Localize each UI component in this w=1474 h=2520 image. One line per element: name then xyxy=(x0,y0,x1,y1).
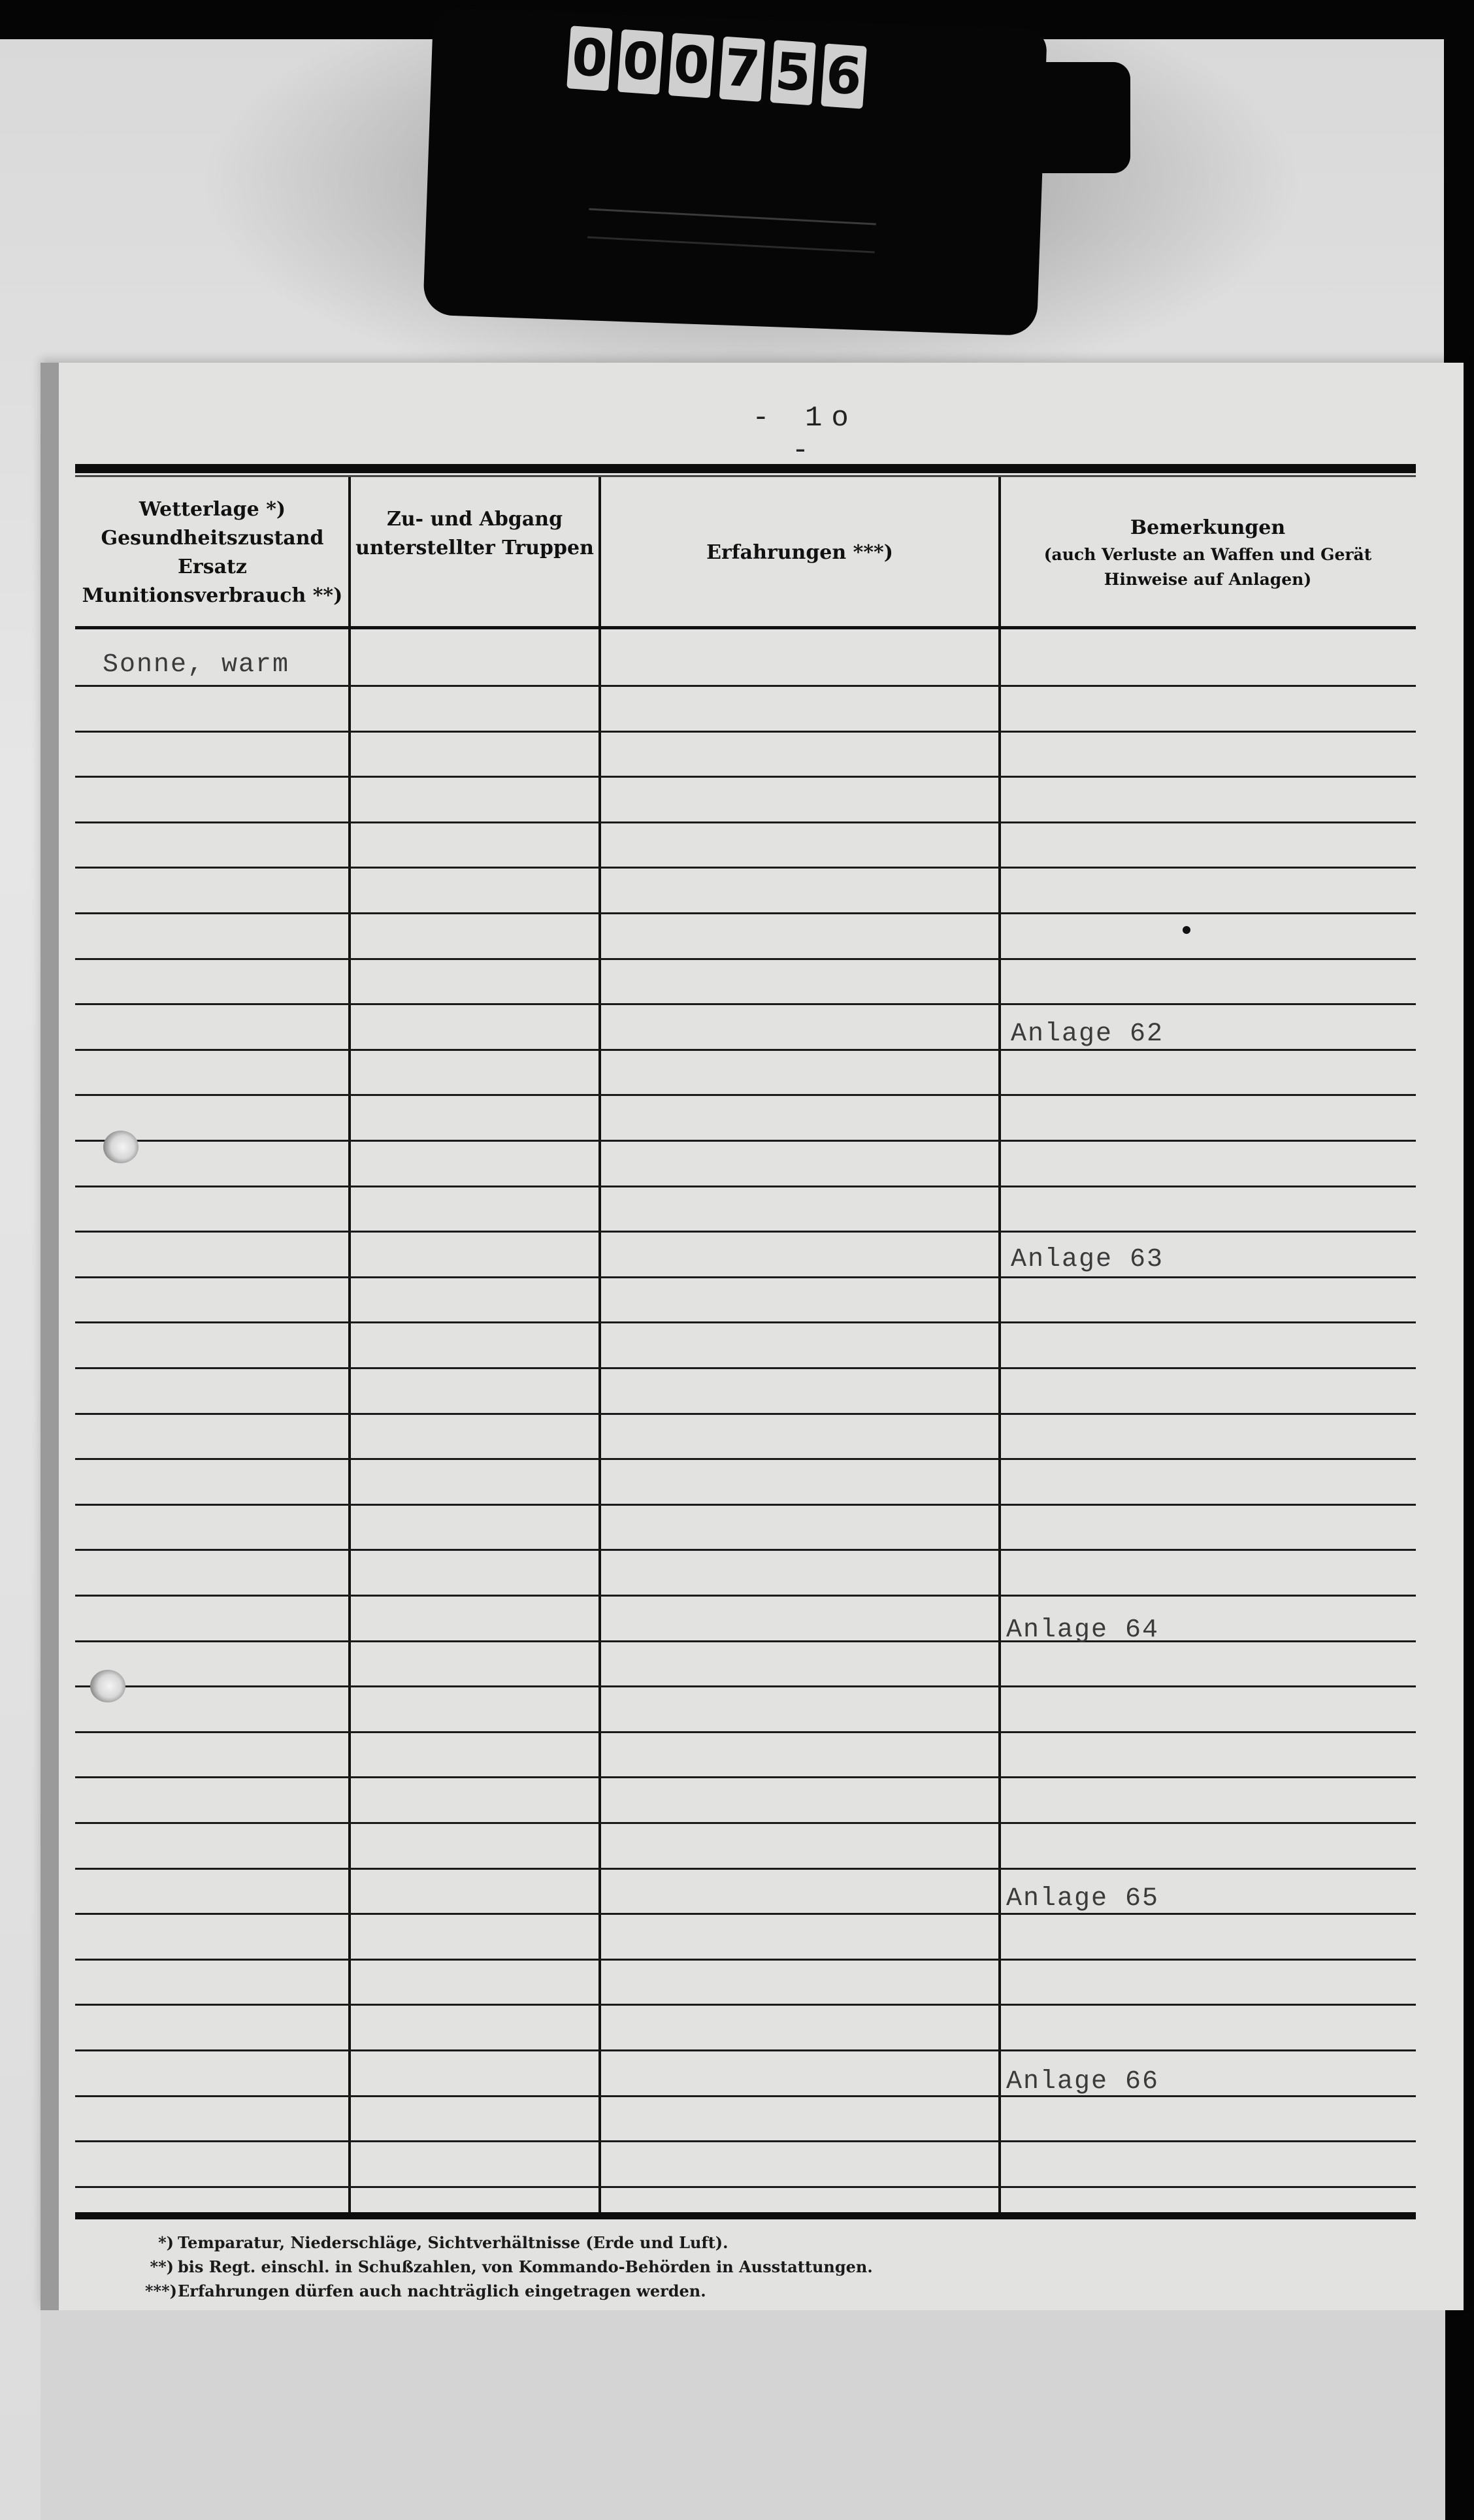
footnote: ***)Erfahrungen dürfen auch nachträglich… xyxy=(145,2279,873,2303)
header-subline: (auch Verluste an Waffen und Gerät xyxy=(1044,542,1372,567)
header-weather-health-replacement-ammo: Wetterlage *) Gesundheitszustand Ersatz … xyxy=(75,479,350,626)
remark-entry: Anlage 66 xyxy=(1006,2067,1159,2097)
row-line xyxy=(75,1913,1416,1915)
row-line xyxy=(75,1458,1416,1460)
row-line xyxy=(75,1049,1416,1051)
footnote-text: Temparatur, Niederschläge, Sichtverhältn… xyxy=(178,2233,729,2252)
header-subline: Hinweise auf Anlagen) xyxy=(1104,567,1311,592)
header-line: Wetterlage *) xyxy=(139,495,286,524)
footnote-text: bis Regt. einschl. in Schußzahlen, von K… xyxy=(178,2257,873,2276)
row-line xyxy=(75,1822,1416,1824)
page-edge-shadow xyxy=(41,363,59,2310)
row-line xyxy=(75,2140,1416,2142)
row-line xyxy=(75,1413,1416,1415)
counter-digit: 5 xyxy=(770,40,816,105)
row-line xyxy=(75,912,1416,914)
row-line xyxy=(75,2186,1416,2188)
row-line xyxy=(75,958,1416,960)
header-line: Zu- und Abgang xyxy=(387,505,563,534)
row-line xyxy=(75,1094,1416,1096)
counter-knob xyxy=(1019,62,1130,173)
bottom-rule xyxy=(75,2212,1416,2219)
punch-hole xyxy=(103,1131,139,1163)
footnote: *)Temparatur, Niederschläge, Sichtverhäl… xyxy=(145,2230,873,2255)
row-line xyxy=(75,1367,1416,1369)
row-line xyxy=(75,1231,1416,1233)
row-line xyxy=(75,821,1416,823)
top-rule xyxy=(75,464,1416,473)
row-line xyxy=(75,1595,1416,1597)
header-title: Bemerkungen xyxy=(1130,514,1285,542)
remark-entry: Anlage 64 xyxy=(1006,1616,1159,1645)
punch-hole xyxy=(90,1670,125,1702)
column-divider xyxy=(348,477,351,2215)
footnote-mark: **) xyxy=(145,2255,174,2279)
footnotes: *)Temparatur, Niederschläge, Sichtverhäl… xyxy=(145,2230,873,2303)
header-experiences: Erfahrungen ***) xyxy=(600,479,1000,626)
row-line xyxy=(75,2095,1416,2097)
row-line xyxy=(75,867,1416,869)
row-line xyxy=(75,685,1416,687)
header-line: Erfahrungen ***) xyxy=(706,539,893,567)
ink-speck xyxy=(1183,926,1190,934)
column-divider xyxy=(598,477,601,2215)
counter-digit: 0 xyxy=(617,29,664,95)
row-line xyxy=(75,1868,1416,1870)
remark-entry: Anlage 65 xyxy=(1006,1884,1159,1914)
row-line xyxy=(75,776,1416,778)
column-divider xyxy=(998,477,1001,2215)
row-line xyxy=(75,1276,1416,1278)
counter-digit: 6 xyxy=(821,43,867,108)
header-bottom-rule xyxy=(75,626,1416,629)
lower-sheet xyxy=(41,2310,1445,2520)
header-line: Ersatz xyxy=(178,553,247,582)
form-page: - 1o - Wetterlage *) Gesundheitszustand … xyxy=(41,363,1464,2310)
row-line xyxy=(75,1959,1416,1961)
remark-entry: Anlage 62 xyxy=(1011,1020,1164,1049)
page-number: - 1o - xyxy=(727,402,883,467)
row-line xyxy=(75,731,1416,733)
header-line: unterstellter Truppen xyxy=(355,534,594,563)
row-line xyxy=(75,2004,1416,2006)
footnote-mark: ***) xyxy=(145,2279,174,2303)
weather-entry: Sonne, warm xyxy=(103,650,289,680)
footnote: **)bis Regt. einschl. in Schußzahlen, vo… xyxy=(145,2255,873,2279)
row-line xyxy=(75,1685,1416,1687)
row-line xyxy=(75,1003,1416,1005)
row-line xyxy=(75,1321,1416,1323)
row-line xyxy=(75,1731,1416,1733)
row-line xyxy=(75,1504,1416,1506)
remark-entry: Anlage 63 xyxy=(1011,1245,1164,1274)
header-line: Gesundheitszustand xyxy=(101,524,323,553)
header-line: Munitionsverbrauch **) xyxy=(82,582,343,610)
counter-digit: 0 xyxy=(668,33,715,98)
top-rule-thin xyxy=(75,475,1416,477)
row-line xyxy=(75,1549,1416,1551)
row-line xyxy=(75,1185,1416,1187)
header-remarks: Bemerkungen (auch Verluste an Waffen und… xyxy=(1000,479,1416,626)
counter-digit: 7 xyxy=(719,37,766,102)
row-line xyxy=(75,1776,1416,1778)
counter-digit: 0 xyxy=(566,25,613,91)
row-line xyxy=(75,1140,1416,1142)
row-line xyxy=(75,1640,1416,1642)
footnote-text: Erfahrungen dürfen auch nachträglich ein… xyxy=(178,2281,706,2300)
row-line xyxy=(75,2049,1416,2051)
footnote-mark: *) xyxy=(145,2230,174,2255)
header-troop-changes: Zu- und Abgang unterstellter Truppen xyxy=(350,479,600,626)
